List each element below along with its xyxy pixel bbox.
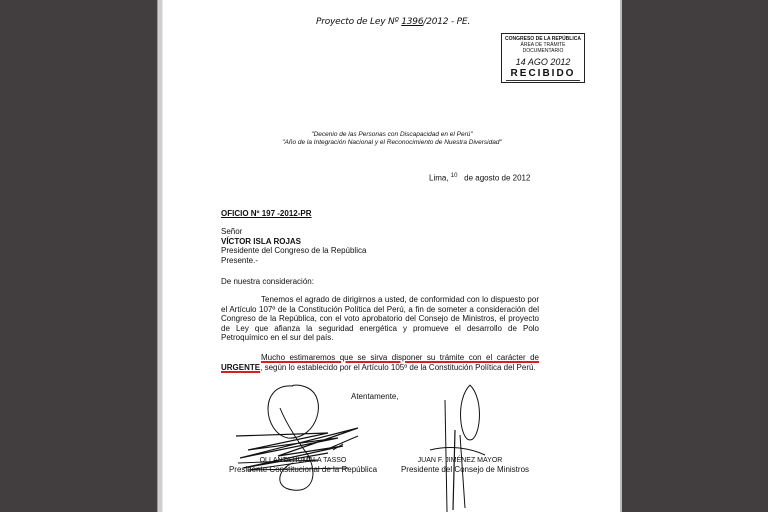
body-paragraph-2: Mucho estimaremos que se sirva disponer …	[221, 353, 539, 372]
oficio-number: OFICIO Nº 197 -2012-PR	[221, 209, 312, 218]
motto-line-1: "Decenio de las Personas con Discapacida…	[163, 131, 621, 139]
highlighted-request: Mucho estimaremos que se sirva disponer …	[261, 353, 539, 362]
motto-line-2: "Año de la Integración Nacional y el Rec…	[163, 139, 621, 147]
stamp-status: RECIBIDO	[502, 68, 584, 79]
page-right-edge	[620, 0, 622, 512]
signatory-1-title: Presidente Constitucional de la Repúblic…	[223, 465, 383, 474]
signatory-1-name: OLLANTA HUMALA TASSO	[223, 457, 383, 464]
addressee-title: Presidente del Congreso de la República	[221, 246, 366, 256]
stamp-date: 14 AGO 2012	[502, 57, 584, 67]
document-page: Proyecto de Ley Nº 1396/2012 - PE. CONGR…	[163, 0, 621, 512]
bill-number: Proyecto de Ley Nº 1396/2012 - PE.	[316, 17, 470, 27]
received-stamp: CONGRESO DE LA REPÚBLICA ÁREA DE TRÁMITE…	[501, 33, 585, 83]
addressee-name: VÍCTOR ISLA ROJAS	[221, 237, 366, 247]
signatory-2-name: JUAN F. JIMÉNEZ MAYOR	[395, 457, 525, 464]
date-day: 10	[451, 173, 458, 179]
urgent-label: URGENTE	[221, 363, 260, 372]
bill-number-value: 1396	[401, 17, 423, 27]
document-viewer: Proyecto de Ley Nº 1396/2012 - PE. CONGR…	[0, 0, 768, 512]
date-line: Lima, 10 de agosto de 2012	[429, 173, 530, 183]
body-paragraph-1: Tenemos el agrado de dirigirnos a usted,…	[221, 295, 539, 343]
signature-2-scribble	[425, 380, 505, 512]
signature-1-scribble	[218, 378, 368, 498]
greeting: De nuestra consideración:	[221, 277, 314, 286]
signatory-2-title: Presidente del Consejo de Ministros	[395, 465, 535, 474]
addressee-block: Señor VÍCTOR ISLA ROJAS Presidente del C…	[221, 227, 366, 265]
